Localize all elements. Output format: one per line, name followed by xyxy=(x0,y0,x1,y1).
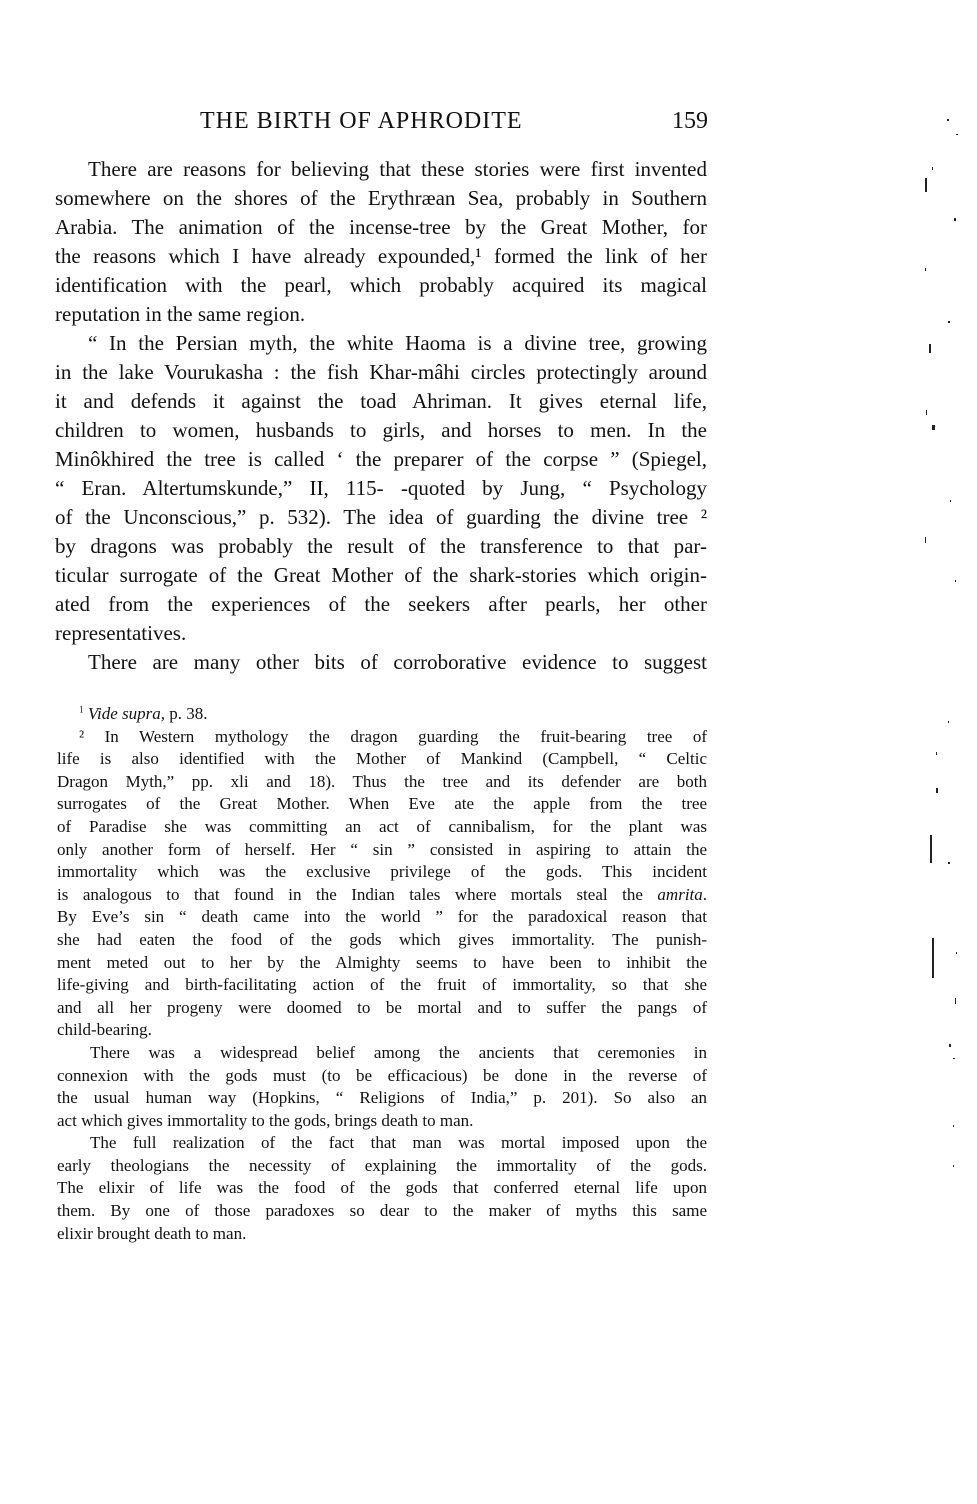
scan-speck xyxy=(948,862,950,864)
scan-speck xyxy=(932,938,934,978)
scan-speck xyxy=(925,178,927,192)
scan-speck xyxy=(956,952,957,954)
scan-speck xyxy=(953,1058,955,1059)
scan-speck xyxy=(954,218,956,221)
scan-speck xyxy=(956,134,958,135)
scan-speck xyxy=(948,321,950,323)
scan-speck xyxy=(953,1165,954,1167)
scan-speck xyxy=(953,1125,954,1127)
book-page: THE BIRTH OF APHRODITE 159 There are rea… xyxy=(0,0,977,1504)
scan-speck xyxy=(925,268,926,271)
scan-speck xyxy=(936,788,938,793)
scan-speck xyxy=(950,500,951,502)
scan-speck xyxy=(926,410,927,415)
scan-artifacts xyxy=(0,0,977,1504)
scan-speck xyxy=(955,580,956,582)
scan-speck xyxy=(932,425,935,430)
scan-speck xyxy=(932,167,933,170)
scan-speck xyxy=(955,998,956,1004)
scan-speck xyxy=(947,119,949,121)
scan-speck xyxy=(936,752,937,755)
scan-speck xyxy=(930,835,932,863)
scan-speck xyxy=(925,537,926,543)
scan-speck xyxy=(929,344,931,353)
scan-speck xyxy=(948,721,949,723)
scan-speck xyxy=(949,1044,951,1047)
